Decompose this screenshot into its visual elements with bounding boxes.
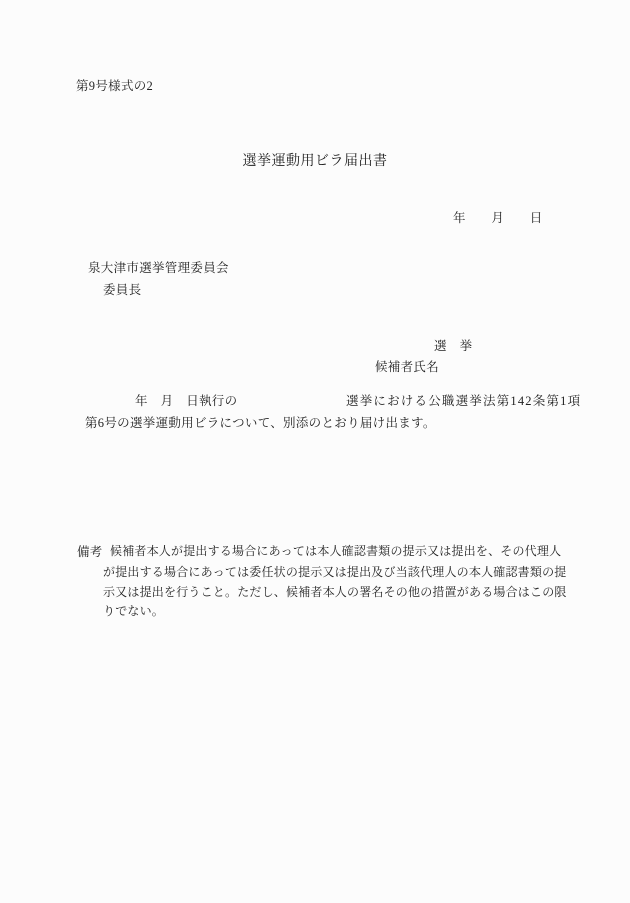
date-line: 年 月 日	[453, 211, 543, 225]
body-line2: 第6号の選挙運動用ビラについて、別添のとおり届け出ます。	[85, 416, 436, 430]
body-line1-law: 選挙における公職選挙法第142条第1項	[346, 394, 581, 408]
document-title: 選挙運動用ビラ届出書	[0, 154, 630, 170]
candidate-name-label: 候補者氏名	[375, 360, 439, 374]
form-number: 第9号様式の2	[76, 79, 153, 93]
body-line1-date: 年 月 日執行の	[135, 394, 237, 408]
remarks-line: 示又は提出を行うこと。ただし、候補者本人の署名その他の措置がある場合はこの限	[103, 586, 567, 600]
document-page: 第9号様式の2 選挙運動用ビラ届出書 年 月 日 泉大津市選挙管理委員会 委員長…	[0, 0, 630, 903]
addressee-committee: 泉大津市選挙管理委員会	[88, 261, 229, 275]
remarks-label: 備考	[77, 545, 102, 559]
remarks-line: りでない。	[103, 605, 164, 619]
remarks-line: が提出する場合にあっては委任状の提示又は提出及び当該代理人の本人確認書類の提	[103, 566, 566, 580]
remarks-line: 候補者本人が提出する場合にあっては本人確認書類の提示又は提出を、その代理人	[110, 545, 561, 559]
addressee-chairman: 委員長	[103, 283, 141, 297]
election-name-suffix: 選 挙	[434, 339, 472, 353]
